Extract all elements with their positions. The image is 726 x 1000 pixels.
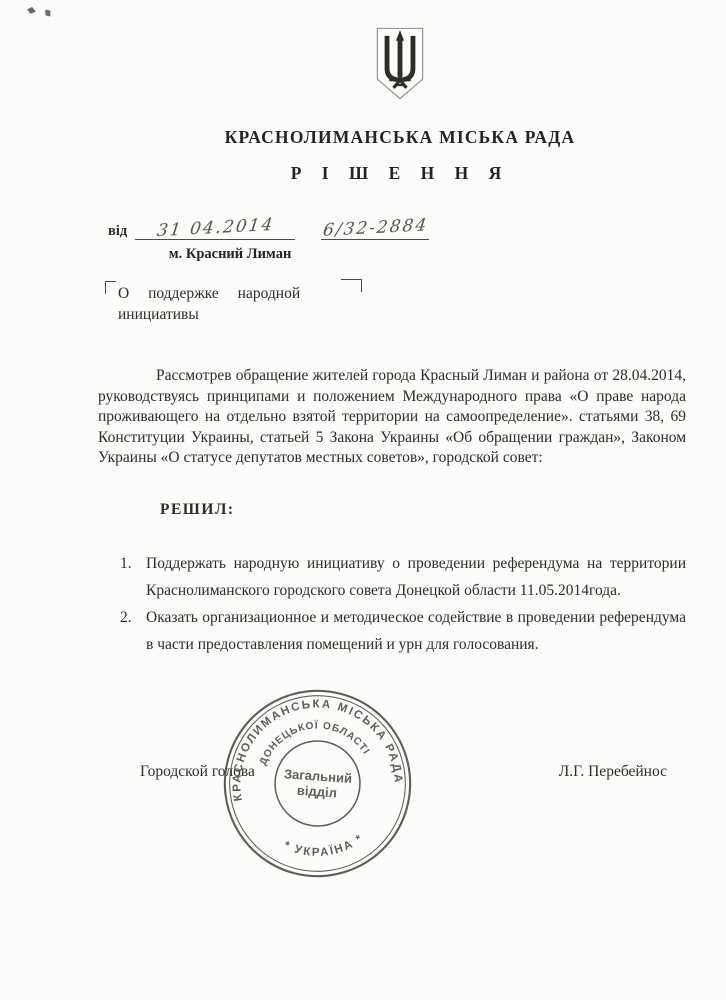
- list-item: 2. Оказать организационное и методическо…: [120, 604, 686, 658]
- handwritten-date: 31 04.2014: [155, 215, 275, 241]
- item-number: 1.: [120, 550, 146, 604]
- subject-corner-bracket-left: [105, 281, 116, 294]
- trident-coat-of-arms-icon: [373, 25, 427, 103]
- item-number: 2.: [120, 604, 146, 658]
- stamp-center-line-2: відділ: [296, 783, 337, 801]
- resolution-items: 1. Поддержать народную инициативу о пров…: [120, 550, 686, 658]
- scan-artifact: [26, 5, 37, 15]
- stamp-outer-bottom-text: * УКРАЇНА *: [281, 831, 368, 863]
- date-and-number-row: від31 04.20146/32-2884: [108, 218, 429, 240]
- svg-text:* УКРАЇНА *: * УКРАЇНА *: [281, 831, 368, 863]
- list-item: 1. Поддержать народную инициативу о пров…: [120, 550, 686, 604]
- subject-block: О поддержке народной инициативы: [118, 283, 352, 325]
- stamp-center-line-1: Загальний: [283, 766, 352, 786]
- handwritten-number: 6/32-2884: [321, 215, 429, 241]
- official-stamp: КРАСНОЛИМАНСЬКА МІСЬКА РАДА * УКРАЇНА * …: [211, 677, 423, 889]
- stamp-center-text: Загальний відділ: [282, 766, 352, 801]
- subject-line-1: О поддержке народной: [118, 283, 352, 304]
- scanned-decision-document: КРАСНОЛИМАНСЬКА МІСЬКА РАДА Р І Ш Е Н Н …: [0, 0, 726, 1000]
- issuing-place: м. Красний Лиман: [130, 246, 330, 263]
- document-type-title: Р І Ш Е Н Н Я: [95, 163, 705, 184]
- scan-artifact: [44, 8, 52, 17]
- number-field: 6/32-2884: [321, 218, 429, 240]
- organization-name: КРАСНОЛИМАНСЬКА МІСЬКА РАДА: [95, 127, 705, 148]
- item-text: Оказать организационное и методическое с…: [146, 604, 686, 658]
- subject-line-2: инициативы: [118, 304, 352, 325]
- item-text: Поддержать народную инициативу о проведе…: [146, 550, 686, 604]
- body-paragraph: Рассмотрев обращение жителей города Крас…: [98, 366, 686, 469]
- resolved-label: РЕШИЛ:: [160, 501, 235, 519]
- date-field: 31 04.2014: [135, 218, 295, 240]
- signer-name: Л.Г. Перебейнос: [559, 763, 667, 781]
- date-label: від: [108, 223, 127, 239]
